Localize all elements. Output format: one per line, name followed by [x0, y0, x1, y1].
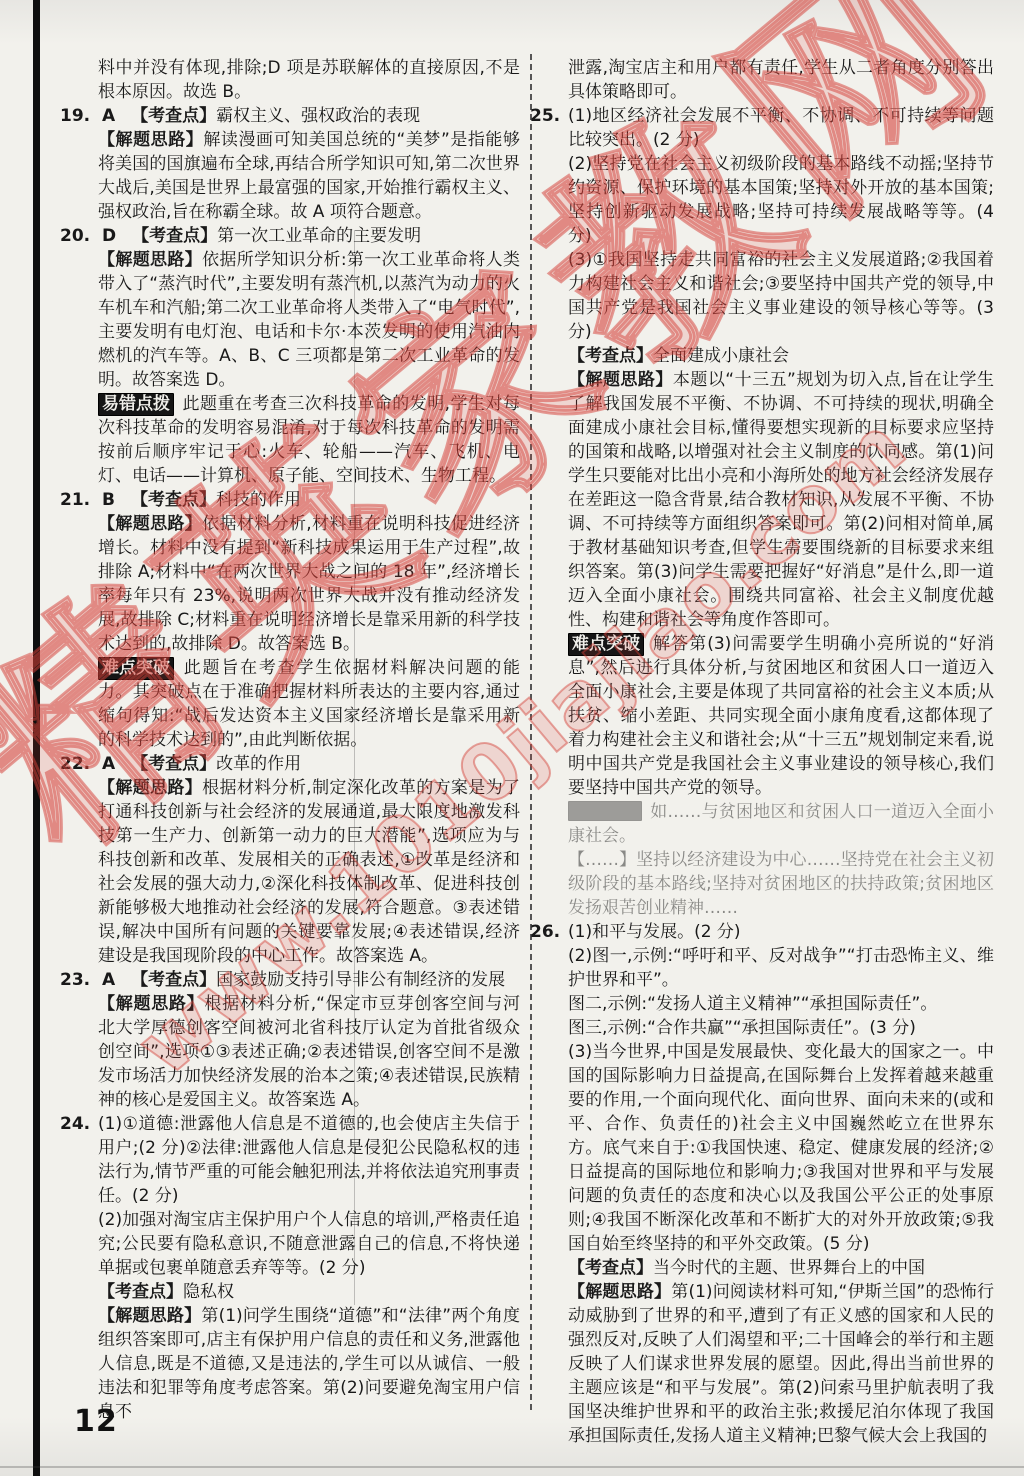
answer-text: 当今时代的主题、世界舞台上的中国 [653, 1258, 925, 1278]
answer-text: 依据材料分析,材料重在说明科技促进经济增长。材料中没有提到“新科技成果运用于生产… [98, 514, 520, 654]
answer-paragraph: 【解题思路】依据材料分析,材料重在说明科技促进经济增长。材料中没有提到“新科技成… [98, 512, 520, 656]
answer-paragraph: 21.B【考查点】科技的作用 [98, 488, 520, 512]
answer-text: (1)地区经济社会发展不平衡、不协调、不可持续等问题比较突出。(2 分) [568, 106, 994, 150]
section-label: 【解题思路】 [98, 130, 203, 150]
answer-text: 依据所学知识分析:第一次工业革命将人类带入了“蒸汽时代”,主要发明有蒸汽机,以蒸… [98, 250, 520, 390]
section-label: 【解题思路】 [98, 514, 202, 534]
answer-letter: A [102, 754, 115, 774]
answer-text: 隐私权 [183, 1282, 234, 1302]
answer-paragraph: (2)加强对淘宝店主保护用户个人信息的培训,严格责任追究;公民要有隐私意识,不随… [98, 1208, 520, 1280]
answer-text: (1)和平与发展。(2 分) [568, 922, 741, 942]
tip-box-label: 难点突破 [568, 633, 644, 656]
item-number: 22. [60, 752, 90, 776]
item-number: 25. [530, 104, 560, 128]
answer-letter: D [102, 226, 116, 246]
tip-box-label: 难点突破 [98, 657, 174, 680]
binding-edge-bar [33, 0, 40, 1476]
smudged-box-label [568, 801, 642, 821]
section-label: 【解题思路】 [568, 370, 673, 390]
answer-paragraph: 易错点拨此题重在考查三次科技革命的发明,学生对每次科技革命的发明容易混淆,对于每… [98, 392, 520, 488]
answer-text: 根据材料分析,制定深化改革的方案是为了打通科技创新与社会经济的发展通道,最大限度… [98, 778, 520, 966]
answer-text: 第(1)问阅读材料可知,“伊斯兰国”的恐怖行动威胁到了世界的和平,遭到了有正义感… [568, 1282, 994, 1446]
answer-column-left: 料中并没有体现,排除;D 项是苏联解体的直接原因,不是根本原因。故选 B。19.… [98, 56, 520, 1424]
tip-box-label: 易错点拨 [98, 393, 174, 416]
answer-paragraph: 【考查点】全面建成小康社会 [568, 344, 994, 368]
answer-paragraph: 【解题思路】第(1)问阅读材料可知,“伊斯兰国”的恐怖行动威胁到了世界的和平,遭… [568, 1280, 994, 1448]
answer-paragraph: 19.A【考查点】霸权主义、强权政治的表现 [98, 104, 520, 128]
section-label: 【解题思路】 [98, 994, 204, 1014]
section-label: 【解题思路】 [98, 1306, 201, 1326]
section-label: 【考查点】 [131, 970, 216, 990]
answer-paragraph: (2)图一,示例:“呼吁和平、反对战争”“打击恐怖主义、维护世界和平”。 [568, 944, 994, 992]
section-label: 【考查点】 [131, 490, 216, 510]
answer-paragraph: (3)①我国坚持走共同富裕的社会主义发展道路;②我国着力构建社会主义和谐社会;③… [568, 248, 994, 344]
answer-paragraph: 难点突破此题旨在考查学生依据材料解决问题的能力。其突破点在于准确把握材料所表达的… [98, 656, 520, 752]
answer-paragraph: 26.(1)和平与发展。(2 分) [568, 920, 994, 944]
answer-text: 解答第(3)问需要学生明确小亮所说的“好消息”,然后进行具体分析,与贫困地区和贫… [568, 634, 994, 798]
answer-paragraph: 【解题思路】本题以“十三五”规划为切入点,旨在让学生了解我国发展不平衡、不协调、… [568, 368, 994, 632]
column-divider [530, 54, 532, 1410]
answer-text: 科技的作用 [216, 490, 301, 510]
answer-letter: B [102, 490, 115, 510]
answer-paragraph: 23.A【考查点】国家鼓励支持引导非公有制经济的发展 [98, 968, 520, 992]
answer-paragraph: 22.A【考查点】改革的作用 [98, 752, 520, 776]
answer-paragraph: 【考查点】隐私权 [98, 1280, 520, 1304]
answer-paragraph: 【考查点】当今时代的主题、世界舞台上的中国 [568, 1256, 994, 1280]
answer-paragraph: 20.D【考查点】第一次工业革命的主要发明 [98, 224, 520, 248]
section-label: 【考查点】 [131, 754, 216, 774]
answer-text: (2)图一,示例:“呼吁和平、反对战争”“打击恐怖主义、维护世界和平”。 [568, 946, 994, 990]
answer-paragraph: 【解题思路】解读漫画可知美国总统的“美梦”是指能够将美国的国旗遍布全球,再结合所… [98, 128, 520, 224]
answer-paragraph: 【解题思路】根据材料分析,制定深化改革的方案是为了打通科技创新与社会经济的发展通… [98, 776, 520, 968]
item-number: 26. [530, 920, 560, 944]
page-number: 12 [74, 1404, 118, 1439]
answer-text: 泄露,淘宝店主和用户都有责任,学生从二者角度分别答出具体策略即可。 [568, 58, 994, 102]
answer-letter: A [102, 970, 115, 990]
answer-paragraph: 24.(1)①道德:泄露他人信息是不道德的,也会使店主失信于用户;(2 分)②法… [98, 1112, 520, 1208]
answer-paragraph: 图二,示例:“发扬人道主义精神”“承担国际责任”。 [568, 992, 994, 1016]
answer-paragraph: 图三,示例:“合作共赢”“承担国际责任”。(3 分) [568, 1016, 994, 1040]
item-number: 24. [60, 1112, 90, 1136]
answer-text: 第一次工业革命的主要发明 [217, 226, 421, 246]
answer-text: 本题以“十三五”规划为切入点,旨在让学生了解我国发展不平衡、不协调、不可持续的现… [568, 370, 994, 630]
answer-text: 全面建成小康社会 [653, 346, 789, 366]
section-label: 【考查点】 [98, 1282, 183, 1302]
answer-text: (3)当今世界,中国是发展最快、变化最大的国家之一。中国的国际影响力日益提高,在… [568, 1042, 994, 1254]
section-label: 【解题思路】 [98, 250, 202, 270]
answer-paragraph: 【解题思路】第(1)问学生围绕“道德”和“法律”两个角度组织答案即可,店主有保护… [98, 1304, 520, 1424]
answer-paragraph: 难点突破解答第(3)问需要学生明确小亮所说的“好消息”,然后进行具体分析,与贫困… [568, 632, 994, 800]
answer-column-right: 泄露,淘宝店主和用户都有责任,学生从二者角度分别答出具体策略即可。25.(1)地… [568, 56, 994, 1448]
section-label: 【考查点】 [568, 1258, 653, 1278]
answer-text: 国家鼓励支持引导非公有制经济的发展 [216, 970, 505, 990]
scanned-answer-page: { "page_number": "12", "watermark": { "b… [0, 0, 1024, 1476]
answer-paragraph: (3)当今世界,中国是发展最快、变化最大的国家之一。中国的国际影响力日益提高,在… [568, 1040, 994, 1256]
answer-text: (2)加强对淘宝店主保护用户个人信息的培训,严格责任追究;公民要有隐私意识,不随… [98, 1210, 520, 1278]
answer-text: (3)①我国坚持走共同富裕的社会主义发展道路;②我国着力构建社会主义和谐社会;③… [568, 250, 994, 342]
section-label: 【考查点】 [132, 226, 217, 246]
answer-paragraph: 泄露,淘宝店主和用户都有责任,学生从二者角度分别答出具体策略即可。 [568, 56, 994, 104]
answer-letter: A [102, 106, 115, 126]
answer-paragraph: 【解题思路】依据所学知识分析:第一次工业革命将人类带入了“蒸汽时代”,主要发明有… [98, 248, 520, 392]
item-number: 23. [60, 968, 90, 992]
answer-paragraph: (2)坚持党在社会主义初级阶段的基本路线不动摇;坚持节约资源、保护环境的基本国策… [568, 152, 994, 248]
section-label: 【考查点】 [131, 106, 216, 126]
answer-paragraph: 25.(1)地区经济社会发展不平衡、不协调、不可持续等问题比较突出。(2 分) [568, 104, 994, 152]
section-label: 【考查点】 [568, 346, 653, 366]
answer-text: 图二,示例:“发扬人道主义精神”“承担国际责任”。 [568, 994, 937, 1014]
section-label: 【解题思路】 [568, 1282, 671, 1302]
answer-paragraph: 【解题思路】根据材料分析,“保定市豆芽创客空间与河北大学厚德创客空间被河北省科技… [98, 992, 520, 1112]
answer-text: 料中并没有体现,排除;D 项是苏联解体的直接原因,不是根本原因。故选 B。 [98, 58, 520, 102]
answer-paragraph: 【……】坚持以经济建设为中心……坚持党在社会主义初级阶段的基本路线;坚持对贫困地… [568, 848, 994, 920]
answer-paragraph: 料中并没有体现,排除;D 项是苏联解体的直接原因,不是根本原因。故选 B。 [98, 56, 520, 104]
answer-text: (1)①道德:泄露他人信息是不道德的,也会使店主失信于用户;(2 分)②法律:泄… [98, 1114, 520, 1206]
answer-paragraph: 如……与贫困地区和贫困人口一道迈入全面小康社会。 [568, 800, 994, 848]
page-bottom-edge [0, 1466, 1024, 1468]
item-number: 19. [60, 104, 90, 128]
item-number: 20. [60, 224, 90, 248]
section-label: 【解题思路】 [98, 778, 202, 798]
answer-text: 【……】坚持以经济建设为中心……坚持党在社会主义初级阶段的基本路线;坚持对贫困地… [568, 850, 994, 918]
answer-text: (2)坚持党在社会主义初级阶段的基本路线不动摇;坚持节约资源、保护环境的基本国策… [568, 154, 994, 246]
answer-text: 图三,示例:“合作共赢”“承担国际责任”。(3 分) [568, 1018, 916, 1038]
item-number: 21. [60, 488, 90, 512]
answer-text: 霸权主义、强权政治的表现 [216, 106, 420, 126]
answer-text: 改革的作用 [216, 754, 301, 774]
